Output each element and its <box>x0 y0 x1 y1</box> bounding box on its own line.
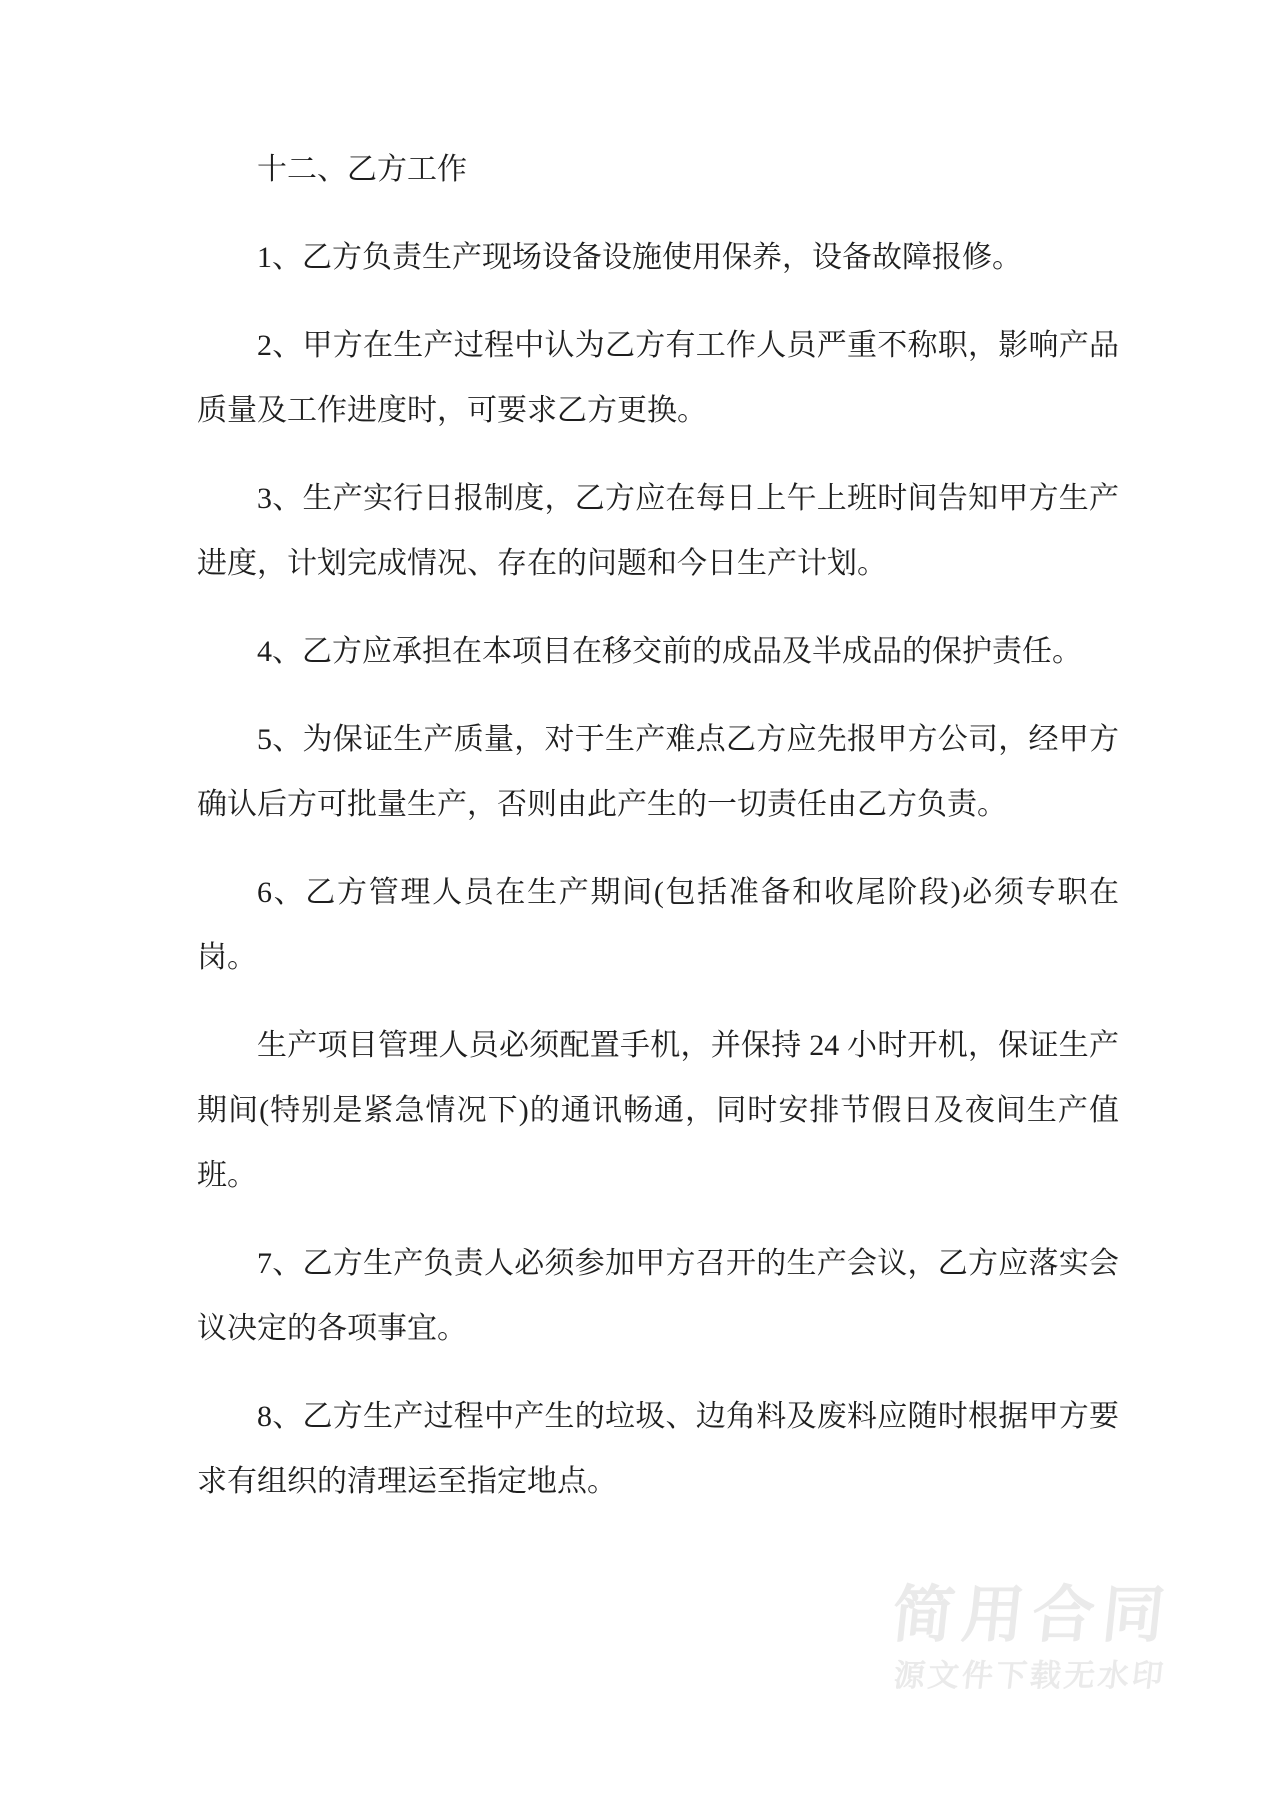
clause-7: 7、乙方生产负责人必须参加甲方召开的生产会议，乙方应落实会议决定的各项事宜。 <box>197 1231 1119 1361</box>
clause-3: 3、生产实行日报制度，乙方应在每日上午上班时间告知甲方生产进度，计划完成情况、存… <box>197 466 1119 596</box>
clause-2: 2、甲方在生产过程中认为乙方有工作人员严重不称职，影响产品质量及工作进度时，可要… <box>197 313 1119 443</box>
watermark-tagline-text: 源文件下载无水印 <box>844 1658 1168 1694</box>
watermark-brand-text: 简用合同 <box>848 1580 1176 1652</box>
watermark: 简用合同 源文件下载无水印 <box>844 1580 1176 1694</box>
section-heading: 十二、乙方工作 <box>197 137 1119 202</box>
clause-8: 8、乙方生产过程中产生的垃圾、边角料及废料应随时根据甲方要求有组织的清理运至指定… <box>197 1384 1119 1514</box>
clause-6: 6、乙方管理人员在生产期间(包括准备和收尾阶段)必须专职在岗。 <box>197 860 1119 990</box>
clause-1: 1、乙方负责生产现场设备设施使用保养，设备故障报修。 <box>197 225 1119 290</box>
clause-6-continuation: 生产项目管理人员必须配置手机，并保持 24 小时开机，保证生产期间(特别是紧急情… <box>197 1013 1119 1208</box>
clause-5: 5、为保证生产质量，对于生产难点乙方应先报甲方公司，经甲方确认后方可批量生产，否… <box>197 707 1119 837</box>
document-page: 十二、乙方工作 1、乙方负责生产现场设备设施使用保养，设备故障报修。 2、甲方在… <box>0 0 1280 1810</box>
contract-section: 十二、乙方工作 1、乙方负责生产现场设备设施使用保养，设备故障报修。 2、甲方在… <box>197 137 1119 1537</box>
clause-4: 4、乙方应承担在本项目在移交前的成品及半成品的保护责任。 <box>197 619 1119 684</box>
